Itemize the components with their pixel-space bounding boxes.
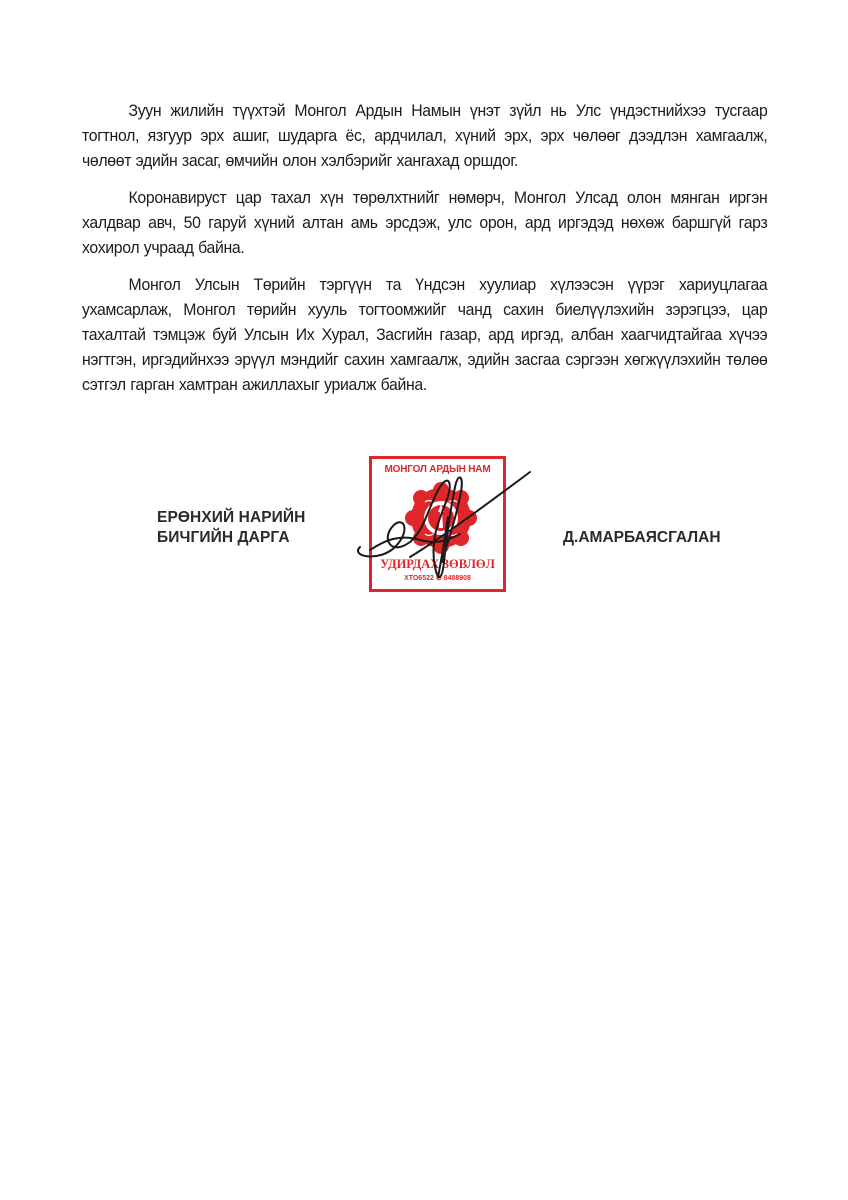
stamp-top-text: МОНГОЛ АРДЫН НАМ [372, 464, 503, 475]
signatory-name: Д.АМАРБАЯСГАЛАН [563, 528, 721, 548]
document-page: Зуун жилийн түүхтэй Монгол Ардын Намын ү… [0, 0, 848, 1200]
signatory-title-line1: ЕРӨНХИЙ НАРИЙН [157, 508, 305, 528]
paragraph-pandemic: Коронавируст цар тахал хүн төрөлхтнийг н… [82, 185, 767, 260]
signatory-title-line2: БИЧГИЙН ДАРГА [157, 528, 305, 548]
signatory-title: ЕРӨНХИЙ НАРИЙН БИЧГИЙН ДАРГА [157, 508, 305, 548]
official-stamp: МОНГОЛ АРДЫН НАМ УДИ [369, 456, 506, 592]
stamp-code-text: ХТО6522 ⊕ 8488908 [372, 574, 503, 582]
paragraph-appeal: Монгол Улсын Төрийн тэргүүн та Үндсэн ху… [82, 272, 767, 397]
stamp-bottom-text: УДИРДАХ ЗӨВЛӨЛ [372, 557, 503, 572]
document-body: Зуун жилийн түүхтэй Монгол Ардын Намын ү… [82, 98, 768, 409]
paragraph-values: Зуун жилийн түүхтэй Монгол Ардын Намын ү… [82, 98, 767, 173]
party-emblem-icon [405, 482, 477, 554]
